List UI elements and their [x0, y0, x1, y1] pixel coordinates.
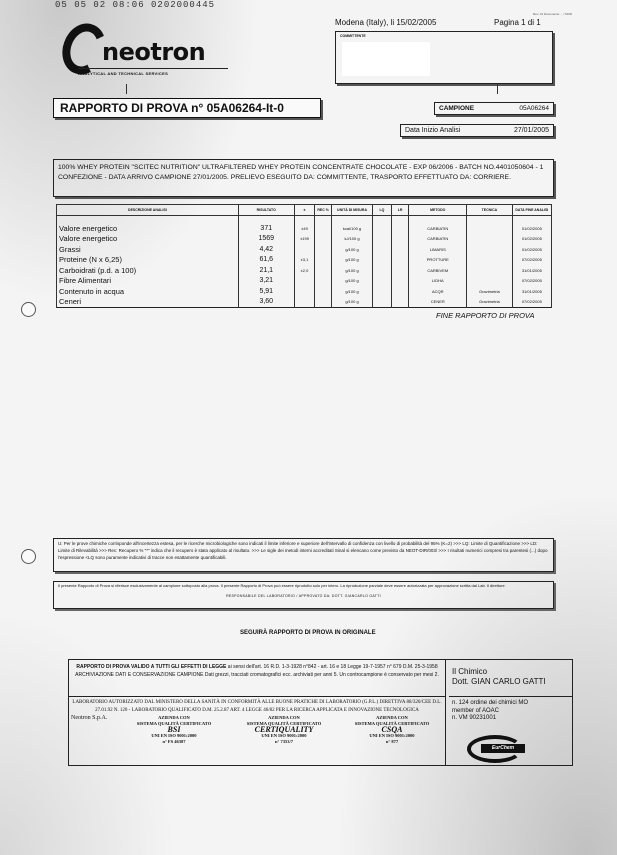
- client-label: COMMITTENTE: [340, 34, 366, 38]
- reproduction-signature: RESPONSABILE DEL LABORATORIO / APPROVATO…: [58, 593, 549, 599]
- logo-tagline: ANALYTICAL AND TECHNICAL SERVICES: [78, 68, 228, 76]
- cell-rec: [315, 276, 332, 286]
- neotron-logo: neotron ANALYTICAL AND TECHNICAL SERVICE…: [60, 20, 220, 80]
- logo-name: neotron: [102, 38, 205, 66]
- spacer-cell: [409, 216, 467, 224]
- chemist-name: Dott. GIAN CARLO GATTI: [452, 677, 572, 687]
- chemist-block: Il Chimico Dott. GIAN CARLO GATTI n. 124…: [449, 660, 572, 765]
- cell-lr: [391, 276, 409, 286]
- cell-name: Carboidrati (p.d. a 100): [57, 266, 239, 276]
- cell-unc: [294, 245, 315, 255]
- cell-rec: [315, 224, 332, 234]
- table-row: Contenuto in acqua5,91g/100 gACQRGravime…: [57, 287, 552, 297]
- cell-method: ACQR: [409, 287, 467, 297]
- cell-unc: [294, 276, 315, 286]
- spacer-cell: [238, 216, 294, 224]
- cell-date: 01/02/2005: [512, 245, 551, 255]
- notes-box: U: Per le prove chimiche corrisponde all…: [53, 538, 554, 572]
- column-header: ±: [294, 205, 315, 216]
- chemist-vm-number: n. VM 90231001: [452, 715, 569, 723]
- cell-unit: kcal/100 g: [331, 224, 372, 234]
- column-header: UNITÀ DI MISURA: [331, 205, 372, 216]
- cell-name: Ceneri: [57, 297, 239, 307]
- table-row: Valore energetico1569±199kJ/100 gCARBIAT…: [57, 234, 552, 244]
- cell-result: 1569: [238, 234, 294, 244]
- cell-lr: [391, 297, 409, 307]
- column-header: METODO: [409, 205, 467, 216]
- chemist-registration: n. 124 ordine dei chimici MO: [452, 700, 569, 708]
- column-header: RISULTATO: [238, 205, 294, 216]
- cert-csqa: AZIENDA CON SISTEMA QUALITÀ CERTIFICATO …: [337, 715, 447, 745]
- chemist-info: n. 124 ordine dei chimici MO member of A…: [449, 697, 572, 723]
- legal-bold: RAPPORTO DI PROVA VALIDO A TUTTI GLI EFF…: [76, 664, 226, 670]
- cell-method: CARBIATIN: [409, 224, 467, 234]
- cell-date: 07/02/2005: [512, 255, 551, 265]
- chemist-membership: member of AOAC: [452, 708, 569, 716]
- table-row: Valore energetico371±49kcal/100 gCARBIAT…: [57, 224, 552, 234]
- document-page: 05 05 02 08:06 0202000445 neotron ANALYT…: [0, 0, 617, 855]
- cell-date: 07/02/2005: [512, 276, 551, 286]
- cell-unc: ±3,1: [294, 255, 315, 265]
- report-title: RAPPORTO DI PROVA n° 05A06264-It-0: [53, 98, 321, 118]
- cell-technique: Gravimetria: [467, 297, 512, 307]
- cell-rec: [315, 234, 332, 244]
- spacer-cell: [57, 216, 239, 224]
- cell-lr: [391, 245, 409, 255]
- cell-date: 31/01/2005: [512, 266, 551, 276]
- table-row: Fibre Alimentari3,21g/100 gLIDHA07/02/20…: [57, 276, 552, 286]
- punch-hole: [21, 302, 36, 317]
- cell-unit: g/100 g: [331, 287, 372, 297]
- spacer-cell: [391, 216, 409, 224]
- cell-rec: [315, 255, 332, 265]
- corner-mark: Rev. 01 Documento ... / MOD: [533, 12, 572, 16]
- analysis-start-box: Data Inizio Analisi 27/01/2005: [400, 124, 554, 137]
- reproduction-text: Il presente Rapporto di Prova si riferis…: [58, 583, 549, 589]
- sample-description: 100% WHEY PROTEIN "SCITEC NUTRITION" ULT…: [53, 159, 554, 197]
- column-header: LQ: [373, 205, 392, 216]
- cell-result: 21,1: [238, 266, 294, 276]
- table-row: Ceneri3,60g/100 gCENERGravimetria07/02/2…: [57, 297, 552, 307]
- cell-technique: Gravimetria: [467, 287, 512, 297]
- cell-technique: [467, 276, 512, 286]
- sample-label: CAMPIONE: [439, 105, 474, 112]
- cell-rec: [315, 297, 332, 307]
- company-name: Neotron S.p.A.: [71, 715, 107, 721]
- cell-result: 61,6: [238, 255, 294, 265]
- cell-lr: [391, 287, 409, 297]
- scan-artifact: [126, 84, 127, 94]
- column-header: LR: [391, 205, 409, 216]
- cell-name: Valore energetico: [57, 234, 239, 244]
- cell-result: 371: [238, 224, 294, 234]
- lab-authorization: LABORATORIO AUTORIZZATO DAL MINISTERO DE…: [69, 697, 445, 715]
- table-body: Valore energetico371±49kcal/100 gCARBIAT…: [57, 216, 552, 308]
- cell-unit: kJ/100 g: [331, 234, 372, 244]
- certifications: Neotron S.p.A. AZIENDA CON SISTEMA QUALI…: [69, 715, 445, 755]
- cell-method: LIDHA: [409, 276, 467, 286]
- cell-lq: [373, 224, 392, 234]
- cell-lr: [391, 224, 409, 234]
- table-row: Grassi4,42g/100 gLIMARIS01/02/2005: [57, 245, 552, 255]
- client-redaction: [342, 42, 430, 76]
- legal-notice: RAPPORTO DI PROVA VALIDO A TUTTI GLI EFF…: [69, 660, 445, 697]
- cert-number: n° 877: [337, 739, 447, 745]
- table-header-row: DESCRIZIONE ANALISIRISULTATO±REC %UNITÀ …: [57, 205, 552, 216]
- cell-name: Valore energetico: [57, 224, 239, 234]
- cell-unc: ±199: [294, 234, 315, 244]
- cell-lr: [391, 255, 409, 265]
- eurchem-label: EurChem: [481, 744, 525, 753]
- cert-number: n° FS 46307: [119, 739, 229, 745]
- cell-lq: [373, 266, 392, 276]
- fax-header: 05 05 02 08:06 0202000445: [55, 0, 215, 10]
- sample-box: CAMPIONE 05A06264: [434, 102, 554, 115]
- cell-method: PROTTURE: [409, 255, 467, 265]
- cell-result: 3,21: [238, 276, 294, 286]
- table-row: Proteine (N x 6,25)61,6±3,1g/100 gPROTTU…: [57, 255, 552, 265]
- cell-method: CARBIATIN: [409, 234, 467, 244]
- reproduction-box: Il presente Rapporto di Prova si riferis…: [53, 581, 554, 609]
- cell-date: 31/01/2005: [512, 287, 551, 297]
- cell-date: 01/02/2005: [512, 234, 551, 244]
- cell-lq: [373, 276, 392, 286]
- spacer-cell: [294, 216, 315, 224]
- spacer-cell: [373, 216, 392, 224]
- cell-unc: [294, 287, 315, 297]
- cert-bsi: AZIENDA CON SISTEMA QUALITÀ CERTIFICATO …: [119, 715, 229, 745]
- cell-unc: ±49: [294, 224, 315, 234]
- cell-lq: [373, 245, 392, 255]
- cell-technique: [467, 224, 512, 234]
- scan-artifact: [497, 84, 498, 94]
- cell-name: Grassi: [57, 245, 239, 255]
- eurchem-logo: EurChem: [467, 735, 527, 763]
- cell-name: Proteine (N x 6,25): [57, 255, 239, 265]
- cert-number: n° 7353/7: [229, 739, 339, 745]
- column-header: REC %: [315, 205, 332, 216]
- cell-method: CENER: [409, 297, 467, 307]
- cell-rec: [315, 266, 332, 276]
- sample-value: 05A06264: [519, 105, 549, 112]
- footer-left: RAPPORTO DI PROVA VALIDO A TUTTI GLI EFF…: [69, 660, 446, 765]
- cell-unit: g/100 g: [331, 297, 372, 307]
- place-date: Modena (Italy), li 15/02/2005: [335, 18, 436, 27]
- analysis-table: DESCRIZIONE ANALISIRISULTATO±REC %UNITÀ …: [56, 204, 552, 308]
- cell-date: 01/02/2005: [512, 224, 551, 234]
- cell-name: Contenuto in acqua: [57, 287, 239, 297]
- end-of-report: FINE RAPPORTO DI PROVA: [436, 311, 535, 320]
- table-spacer-row: [57, 216, 552, 224]
- cell-date: 07/02/2005: [512, 297, 551, 307]
- cell-lq: [373, 287, 392, 297]
- follow-note: SEGUIRÀ RAPPORTO DI PROVA IN ORIGINALE: [240, 630, 376, 636]
- column-header: DESCRIZIONE ANALISI: [57, 205, 239, 216]
- cell-lq: [373, 255, 392, 265]
- spacer-cell: [331, 216, 372, 224]
- cell-lq: [373, 234, 392, 244]
- cell-lr: [391, 266, 409, 276]
- table-row: Carboidrati (p.d. a 100)21,1±2,0g/100 gC…: [57, 266, 552, 276]
- cell-rec: [315, 245, 332, 255]
- client-box: COMMITTENTE: [335, 31, 553, 84]
- cell-unit: g/100 g: [331, 266, 372, 276]
- spacer-cell: [315, 216, 332, 224]
- cell-unc: [294, 297, 315, 307]
- analysis-start-label: Data Inizio Analisi: [405, 127, 460, 134]
- cell-technique: [467, 245, 512, 255]
- cell-method: LIMARIS: [409, 245, 467, 255]
- chemist-title: Il Chimico: [452, 667, 572, 677]
- cert-certiquality: AZIENDA CON SISTEMA QUALITÀ CERTIFICATO …: [229, 715, 339, 745]
- cell-technique: [467, 266, 512, 276]
- cell-unit: g/100 g: [331, 276, 372, 286]
- cell-result: 3,60: [238, 297, 294, 307]
- cell-technique: [467, 234, 512, 244]
- spacer-cell: [467, 216, 512, 224]
- column-header: TECNICA: [467, 205, 512, 216]
- cell-result: 4,42: [238, 245, 294, 255]
- footer-box: RAPPORTO DI PROVA VALIDO A TUTTI GLI EFF…: [68, 659, 573, 766]
- cell-name: Fibre Alimentari: [57, 276, 239, 286]
- punch-hole: [21, 549, 36, 564]
- column-header: DATA FINE ANALISI: [512, 205, 551, 216]
- cell-unc: ±2,0: [294, 266, 315, 276]
- cell-technique: [467, 255, 512, 265]
- analysis-start-value: 27/01/2005: [514, 127, 549, 134]
- cell-rec: [315, 287, 332, 297]
- cell-method: CARBIVEM: [409, 266, 467, 276]
- cell-unit: g/100 g: [331, 255, 372, 265]
- cell-lq: [373, 297, 392, 307]
- cell-unit: g/100 g: [331, 245, 372, 255]
- cell-lr: [391, 234, 409, 244]
- page-number: Pagina 1 di 1: [494, 18, 541, 27]
- spacer-cell: [512, 216, 551, 224]
- chemist-header: Il Chimico Dott. GIAN CARLO GATTI: [449, 660, 572, 697]
- cell-result: 5,91: [238, 287, 294, 297]
